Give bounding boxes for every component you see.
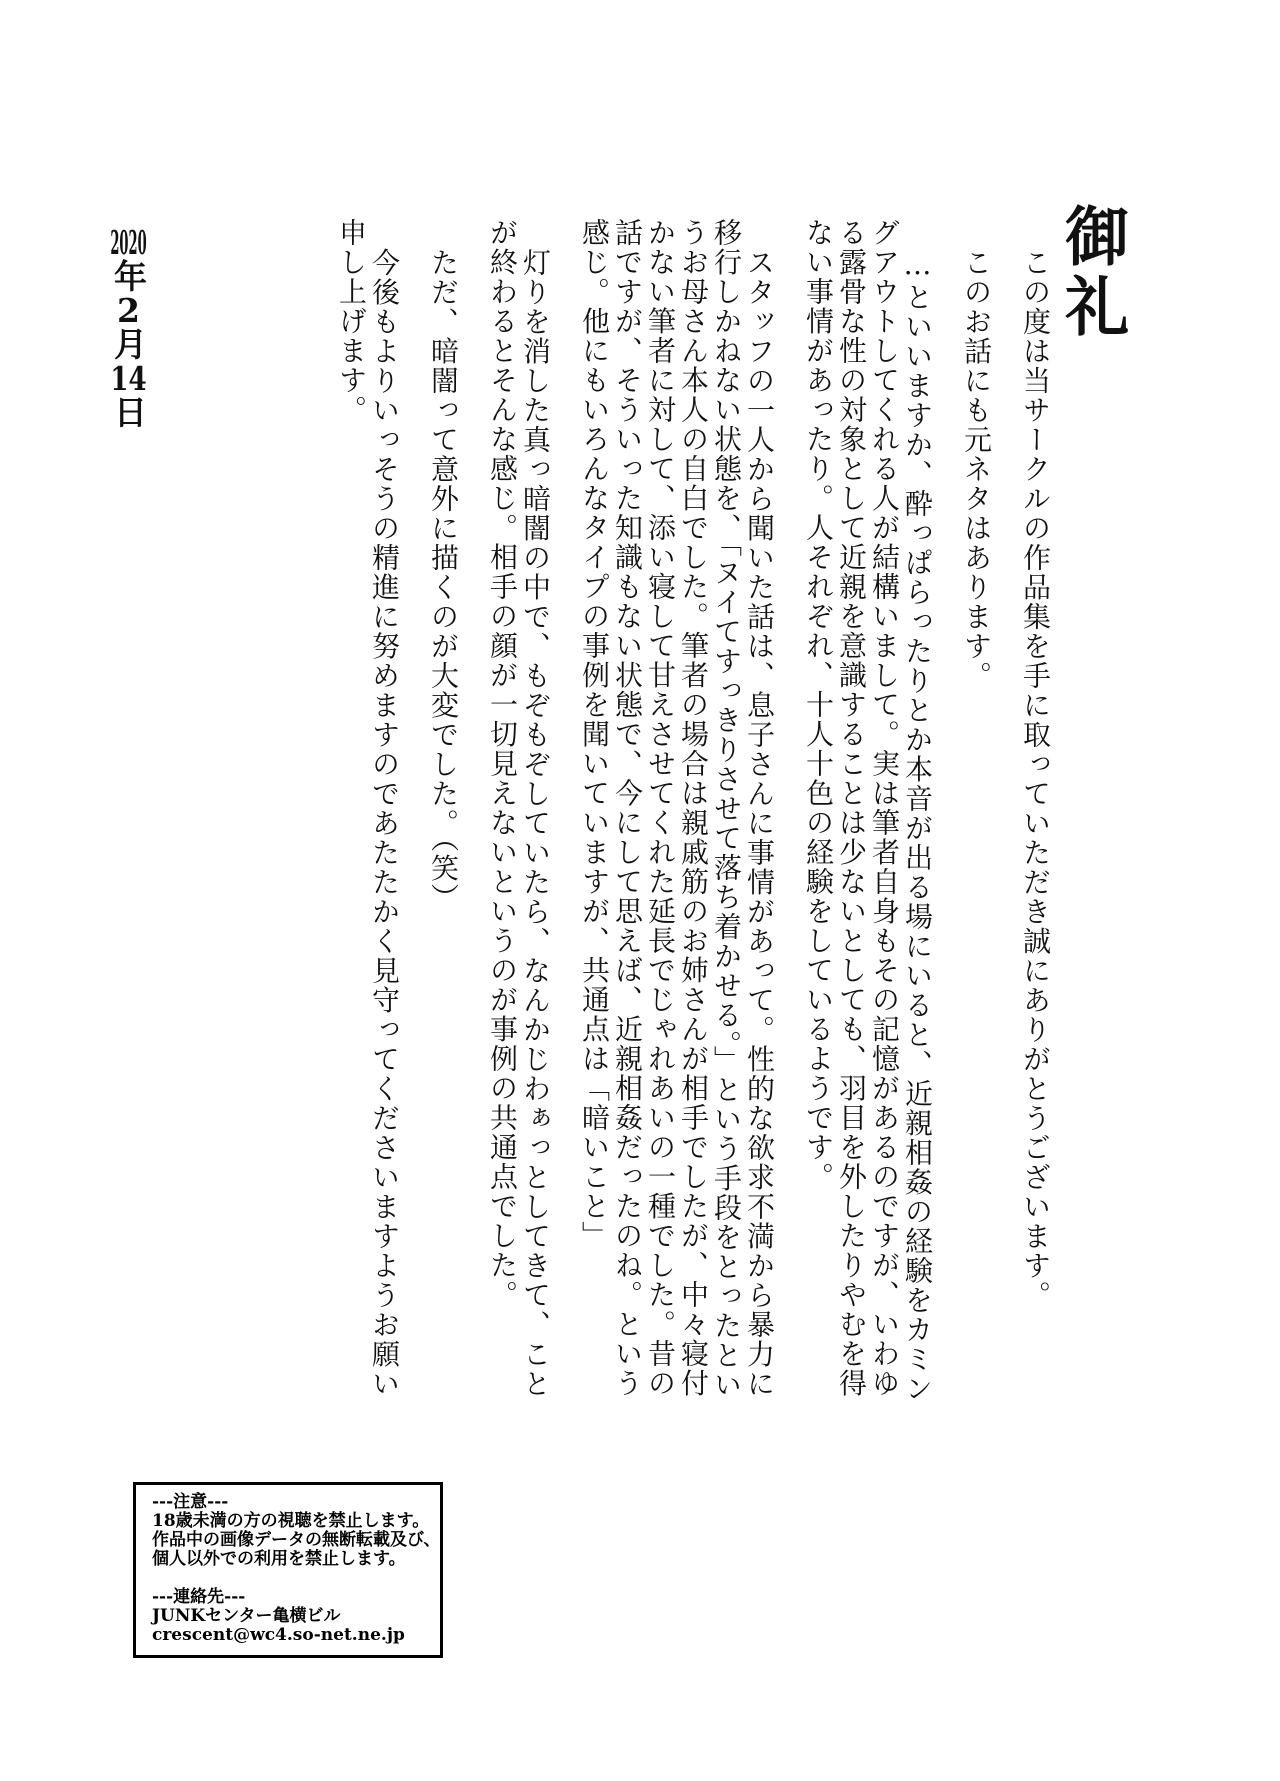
afterword-page: 御礼 この度は当サークルの作品集を手に取っていただき誠にありがとうございます。 …: [0, 0, 1280, 1781]
notice-spacer: [152, 1569, 424, 1588]
afterword-paragraph: このお話にも元ネタはあります。: [960, 218, 993, 1418]
page-title: 御礼: [1059, 203, 1123, 343]
date-month-suffix: 月: [109, 327, 148, 362]
contact-header: ---連絡先---: [152, 1588, 424, 1607]
notice-line: 個人以外での利用を禁止します。: [152, 1550, 424, 1569]
publication-date: 2020年2月14日: [112, 226, 145, 430]
notice-header: ---注意---: [152, 1493, 424, 1512]
date-day: 14: [109, 362, 148, 395]
contact-address: JUNKセンター亀横ビル: [152, 1607, 424, 1626]
afterword-paragraph: 灯りを消した真っ暗闇の中で、もぞもぞしていたら、なんかじわぁっとしてきて、ことが…: [486, 218, 552, 1418]
date-year: 2020: [109, 226, 148, 259]
date-month: 2: [109, 294, 148, 327]
date-day-suffix: 日: [109, 395, 148, 430]
afterword-paragraph: スタッフの一人から聞いた話は、息子さんに事情があって。性的な欲求不満から暴力に移…: [578, 218, 776, 1418]
afterword-paragraph: 今後もよりいっそうの精進に努めますのであたたかく見守ってくださいますようお願い申…: [335, 218, 401, 1418]
afterword-body: この度は当サークルの作品集を手に取っていただき誠にありがとうございます。 このお…: [335, 218, 1052, 1418]
afterword-paragraph: ただ、暗闇って意外に描くのが大変でした。（笑）: [427, 218, 460, 1418]
date-year-suffix: 年: [109, 259, 148, 294]
afterword-paragraph: この度は当サークルの作品集を手に取っていただき誠にありがとうございます。: [1019, 218, 1052, 1418]
notice-line: 作品中の画像データの無断転載及び、: [152, 1531, 424, 1550]
notice-box: ---注意--- 18歳未満の方の視聴を禁止します。 作品中の画像データの無断転…: [133, 1482, 443, 1658]
afterword-paragraph: …といいますか、酔っぱらったりとか本音が出る場にいると、近親相姦の経験をカミング…: [802, 218, 934, 1418]
contact-email: crescent@wc4.so-net.ne.jp: [152, 1626, 424, 1645]
notice-line: 18歳未満の方の視聴を禁止します。: [152, 1512, 424, 1531]
